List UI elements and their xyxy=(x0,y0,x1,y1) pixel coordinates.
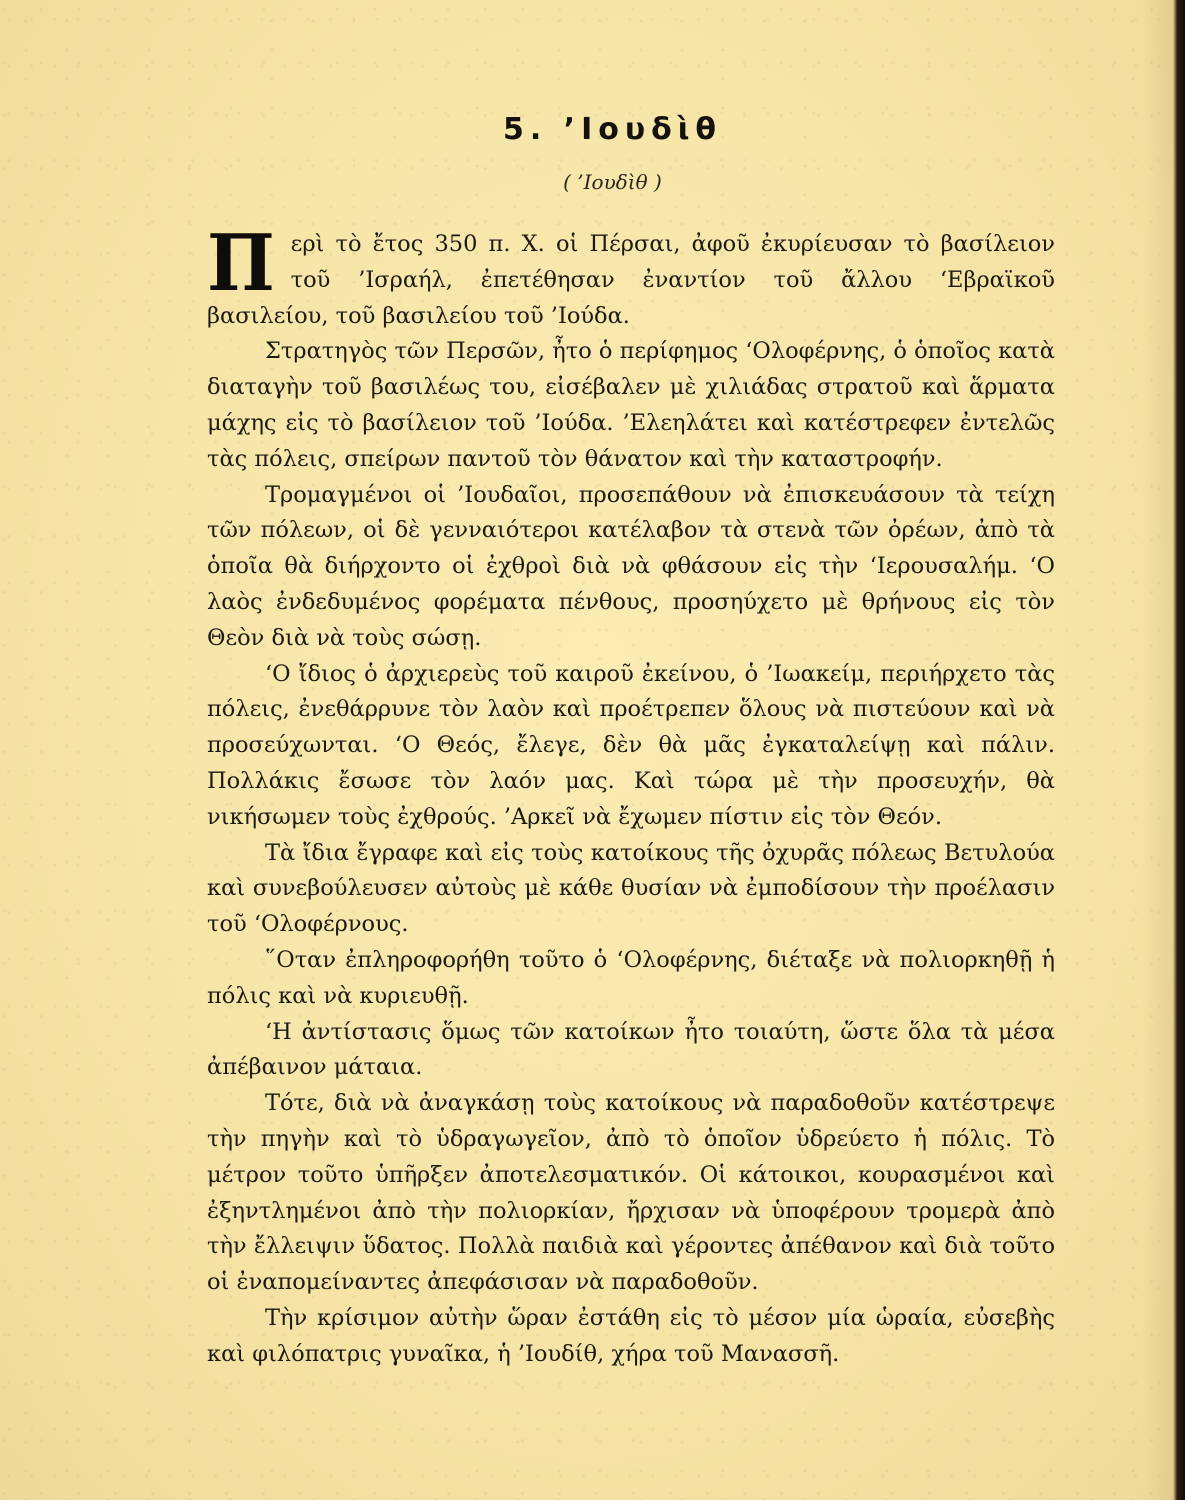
drop-cap: Π xyxy=(207,233,275,295)
page-shadow xyxy=(1143,0,1173,1500)
body-text: Περὶ τὸ ἔτος 350 π. Χ. οἱ Πέρσαι, ἀφοῦ ἐ… xyxy=(207,227,1055,1373)
paragraph-9: Τὴν κρίσιμον αὐτὴν ὥραν ἐστάθη εἰς τὸ μέ… xyxy=(207,1301,1055,1373)
paragraph-2: Στρατηγὸς τῶν Περσῶν, ἦτο ὁ περίφημος ‘Ο… xyxy=(207,334,1055,477)
paragraph-4: ‘Ο ἴδιος ὁ ἀρχιερεὺς τοῦ καιροῦ ἐκείνου,… xyxy=(207,657,1055,836)
paragraph-5: Τὰ ἴδια ἔγραφε καὶ εἰς τοὺς κατοίκους τῆ… xyxy=(207,836,1055,943)
paragraph-1: Περὶ τὸ ἔτος 350 π. Χ. οἱ Πέρσαι, ἀφοῦ ἐ… xyxy=(207,227,1055,334)
scanned-page: 5. ’Ιουδὶθ ( ’Ιουδὶθ ) Περὶ τὸ ἔτος 350 … xyxy=(0,0,1185,1500)
paragraph-1-text: ερὶ τὸ ἔτος 350 π. Χ. οἱ Πέρσαι, ἀφοῦ ἐκ… xyxy=(207,231,1055,329)
paragraph-6: ῞Οταν ἐπληροφορήθη τοῦτο ὁ ‘Ολοφέρνης, δ… xyxy=(207,943,1055,1015)
chapter-subtitle: ( ’Ιουδὶθ ) xyxy=(0,170,1185,194)
paragraph-3: Τρομαγμένοι οἱ ’Ιουδαῖοι, προσεπάθουν νὰ… xyxy=(207,478,1055,657)
chapter-title: 5. ’Ιουδὶθ xyxy=(0,112,1185,147)
paragraph-8: Τότε, διὰ νὰ ἀναγκάσῃ τοὺς κατοίκους νὰ … xyxy=(207,1086,1055,1301)
book-binding-edge xyxy=(1173,0,1185,1500)
paragraph-7: ‘Η ἀντίστασις ὅμως τῶν κατοίκων ἦτο τοια… xyxy=(207,1015,1055,1087)
